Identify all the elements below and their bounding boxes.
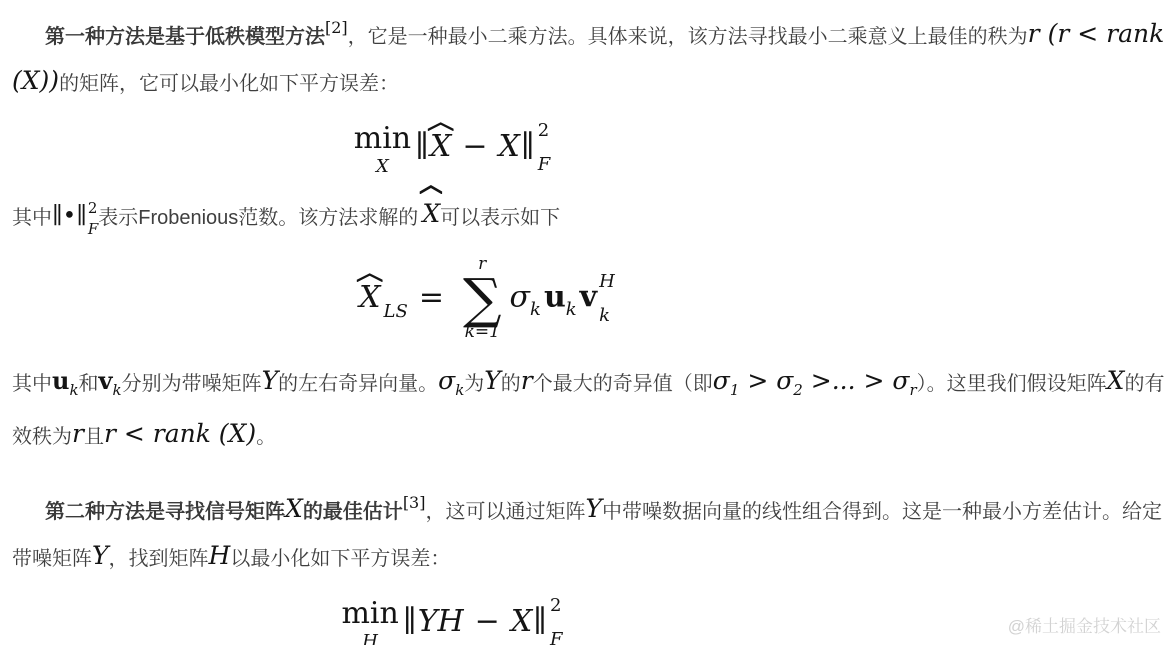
- subscript: F: [550, 631, 563, 645]
- math-symbol: σ: [713, 366, 730, 395]
- operator-subscript: X: [376, 158, 389, 176]
- text-run: 为: [464, 373, 484, 395]
- operator-label: min: [354, 124, 411, 154]
- text-run: 的矩阵，它可以最小化如下平方误差：: [59, 73, 399, 95]
- text-run: ）。这里我们假设矩阵: [917, 373, 1107, 395]
- bold-run: 的最佳估计: [303, 501, 403, 523]
- math-symbol: H: [209, 541, 231, 570]
- text-run: 的: [501, 373, 521, 395]
- math-symbol: X: [430, 129, 451, 164]
- superscript: 2: [538, 122, 549, 140]
- paragraph-frobenius-note: 其中∥•∥2F表示Frobenious范数。该方法求解的X可以表示如下: [12, 192, 1165, 240]
- bold-run: 第一种方法是基于低秩模型方法: [45, 26, 325, 48]
- superscript: 2: [550, 597, 561, 615]
- text-run: 的左右奇异向量。: [278, 373, 438, 395]
- inline-math-rank: r < rank (X): [104, 419, 256, 448]
- subscript: k: [530, 299, 541, 320]
- x-hat: X: [422, 192, 440, 235]
- math-symbol: σ: [438, 366, 455, 395]
- text-run: 且: [84, 426, 104, 448]
- subscript: F: [88, 222, 98, 237]
- formula-min-x-frobenius: min X ∥X−X∥ 2 F: [12, 122, 892, 174]
- subscript: 2: [793, 381, 803, 399]
- paragraph-first-method: 第一种方法是基于低秩模型方法[2]，它是一种最小二乘方法。具体来说，该方法寻找最…: [12, 6, 1165, 106]
- text-run: 分别为带噪矩阵: [122, 373, 262, 395]
- text-run: ，这可以通过矩阵: [425, 501, 585, 523]
- subscript: LS: [384, 301, 408, 322]
- greater-than: >: [739, 366, 776, 395]
- widehat-icon: [419, 185, 443, 194]
- widehat-icon: [427, 122, 454, 131]
- text-run: 可以表示如下: [440, 207, 560, 229]
- subscript: k: [566, 299, 577, 320]
- min-operator: min X: [354, 124, 411, 176]
- math-symbol: σ: [510, 280, 530, 315]
- math-symbol: v: [580, 280, 597, 315]
- article-content: 第一种方法是基于低秩模型方法[2]，它是一种最小二乘方法。具体来说，该方法寻找最…: [0, 0, 1171, 645]
- text-run: 以最小化如下平方误差：: [230, 548, 450, 570]
- subscript: k: [69, 381, 78, 399]
- math-symbol: X: [422, 199, 440, 228]
- math-symbol: u: [52, 366, 69, 395]
- x-hat: X: [430, 129, 451, 164]
- site-watermark: @稀土掘金技术社区: [1008, 612, 1161, 637]
- greater-than-ellipsis: >... >: [803, 366, 893, 395]
- subscript: 1: [730, 381, 740, 399]
- math-symbol: σ: [892, 366, 909, 395]
- min-operator: min H: [341, 599, 398, 645]
- minus-sign: −: [475, 604, 500, 639]
- subscript: k: [455, 381, 464, 399]
- subscript: k: [113, 381, 122, 399]
- math-symbol: Y: [484, 366, 501, 395]
- x-hat: X: [359, 280, 380, 315]
- minus-sign: −: [462, 129, 487, 164]
- math-symbol: r: [521, 366, 533, 395]
- superscript: H: [599, 273, 615, 291]
- sup-sub-stack: H k: [599, 273, 615, 325]
- text-run: ，找到矩阵: [109, 548, 209, 570]
- sup-sub-stack: 2 F: [550, 597, 563, 645]
- subscript: F: [538, 156, 551, 174]
- text-run: 其中: [12, 207, 52, 229]
- citation-ref: [3]: [403, 493, 426, 512]
- widehat-icon: [356, 273, 383, 282]
- norm-bar: ∥: [521, 129, 535, 164]
- text-run: 。: [256, 426, 276, 448]
- math-symbol: u: [544, 280, 566, 315]
- paragraph-second-method: 第二种方法是寻找信号矩阵X的最佳估计[3]，这可以通过矩阵Y中带噪数据向量的线性…: [12, 481, 1165, 581]
- math-symbol: Y: [92, 541, 109, 570]
- math-symbol: X: [285, 494, 303, 523]
- sum-lower-limit: k=1: [465, 324, 500, 341]
- bold-run: 第二种方法是寻找信号矩阵: [45, 501, 285, 523]
- math-symbol: Y: [585, 494, 602, 523]
- norm-bar: ∥: [533, 604, 547, 639]
- math-symbol: X: [359, 280, 380, 315]
- superscript: 2: [88, 201, 98, 216]
- math-symbol: X: [499, 129, 520, 164]
- formula-min-h-frobenius: min H ∥YH−X∥ 2 F: [12, 597, 892, 645]
- norm-notation: ∥•∥: [52, 203, 87, 229]
- math-symbol: Y: [262, 366, 279, 395]
- summation: r ∑ k=1: [463, 256, 502, 341]
- text-run: 个最大的奇异值（即: [533, 373, 713, 395]
- text-run: 和: [79, 373, 99, 395]
- math-symbol: r: [72, 419, 84, 448]
- paragraph-singular-vectors: 其中uk和vk分别为带噪矩阵Y的左右奇异向量。σk为Y的r个最大的奇异值（即σ1…: [12, 359, 1165, 459]
- sup-sub-stack: 2F: [88, 201, 98, 237]
- text-run: 其中: [12, 373, 52, 395]
- operator-subscript: H: [362, 633, 378, 645]
- math-symbol: v: [99, 366, 113, 395]
- math-symbol: X: [511, 604, 532, 639]
- sigma-sum-icon: ∑: [463, 273, 502, 324]
- operator-label: min: [341, 599, 398, 629]
- norm-bar: ∥: [403, 604, 417, 639]
- norm-bar: ∥: [415, 129, 429, 164]
- math-symbol: X: [1107, 366, 1125, 395]
- math-symbol: YH: [418, 604, 464, 639]
- citation-ref: [2]: [325, 18, 348, 37]
- subscript: r: [910, 381, 917, 399]
- formula-xls-svd-sum: XLS= r ∑ k=1 σkukv H k: [12, 256, 962, 341]
- subscript: k: [599, 307, 610, 325]
- equals-sign: =: [419, 280, 444, 315]
- text-run: 表示Frobenious范数。该方法求解的: [98, 207, 418, 229]
- formula-row: XLS= r ∑ k=1 σkukv H k: [359, 256, 615, 341]
- math-symbol: σ: [776, 366, 793, 395]
- text-run: ，它是一种最小二乘方法。具体来说，该方法寻找最小二乘意义上最佳的秩为: [348, 26, 1028, 48]
- sup-sub-stack: 2 F: [538, 122, 551, 174]
